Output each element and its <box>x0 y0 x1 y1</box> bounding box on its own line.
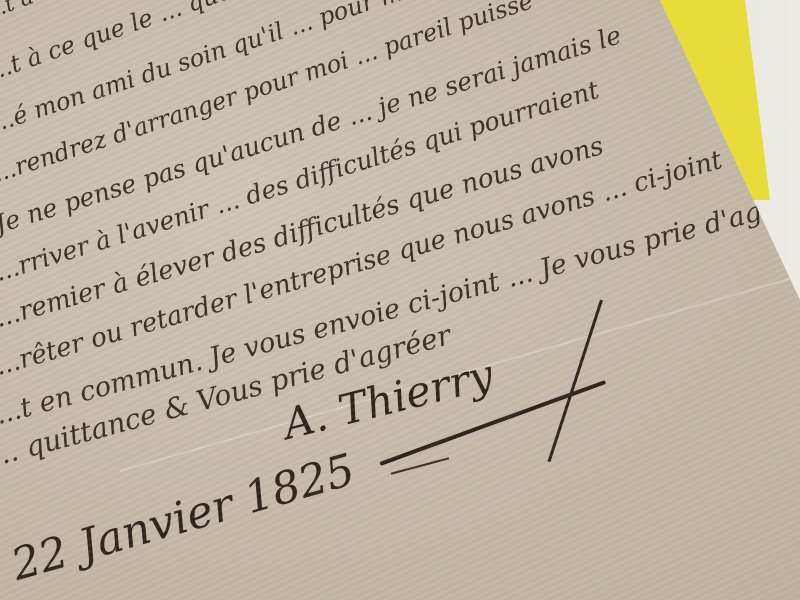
paper-fold-crease <box>120 272 800 472</box>
letter-line: ... quittance & Vous prie d'agréer <box>0 318 454 473</box>
letter-line: ...é mon ami du soin qu'il ... pour moi … <box>0 0 456 138</box>
letter-date: 22 Janvier 1825 <box>6 444 360 591</box>
letter-line: ...t en commun. Je vous envoie ci-joint … <box>0 181 800 431</box>
letter-line: ...t à ce que le ... que ... <box>0 0 264 86</box>
letter-line: ...t à ce jour le lendemain ... <box>0 0 284 25</box>
letter-line: ...remier à élever des difficultés que n… <box>0 131 607 334</box>
signature: A. Thierry <box>278 350 498 449</box>
letter-line: Je ne pense pas qu'aucun de ... je ne se… <box>0 20 624 239</box>
letter-paper: ...t à ce jour le lendemain ... ...t à c… <box>0 0 800 600</box>
date-underline <box>391 457 449 474</box>
letter-line: ...rriver à l'avenir ... des difficultés… <box>0 75 602 287</box>
letter-line: ...rendrez d'arranger pour moi ... parei… <box>0 0 536 188</box>
letter-line: ...rêter ou retarder l'entreprise que no… <box>0 145 726 382</box>
signature-flourish-stroke <box>548 300 603 463</box>
signature-flourish <box>379 380 606 466</box>
